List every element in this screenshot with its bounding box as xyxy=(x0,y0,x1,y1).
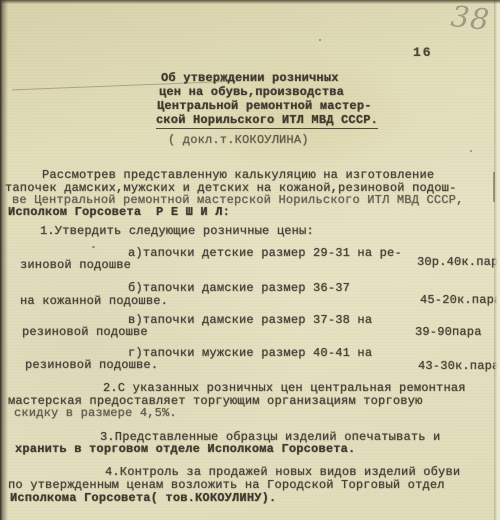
title-line-3: Центральной ремонтной мастер- xyxy=(157,100,372,113)
price-item-a-line-2: зиновой подошве xyxy=(20,259,131,272)
price-item-v-line-1: в)тапочки дамские размер 37-38 на xyxy=(128,314,372,327)
price-item-b-line-2: на кожанной подошве. xyxy=(20,295,168,308)
price-item-b-price: 45-20к.пара xyxy=(420,294,500,307)
price-item-v-price: 39-90пара xyxy=(415,326,482,339)
price-item-g-line-1: г)тапочки мужские размер 40-41 на xyxy=(128,347,372,360)
preamble-line-4: Исполком Горсовета Р Е Ш И Л: xyxy=(8,206,230,219)
paper-speck xyxy=(319,39,321,41)
right-edge-mark xyxy=(493,172,495,202)
folio-number-handwritten: 38 xyxy=(450,1,492,35)
resolution-point-2-line-3: скидку в размере 4,5%. xyxy=(14,407,177,420)
resolution-point-3-line-2: хранить в торговом отделе Исполкома Горс… xyxy=(15,443,355,456)
price-item-a-price: 30р.40к.пара xyxy=(417,256,500,269)
price-item-v-line-2: резиновой подошве xyxy=(22,326,148,339)
paper-speck xyxy=(470,150,472,152)
title-line-1: Об утверждении розничных xyxy=(161,72,339,85)
title-line-4: ской Норильского ИТЛ МВД СССР. xyxy=(156,114,378,129)
resolution-point-1: 1.Утвердить следующие розничные цены: xyxy=(40,225,314,238)
price-item-g-price: 43-30к.пара xyxy=(418,360,499,373)
title-line-2: цен на обувь,производства xyxy=(159,86,344,99)
page-number: 16 xyxy=(413,45,433,60)
paper-speck xyxy=(92,246,95,248)
page-right-edge xyxy=(494,0,500,520)
price-item-a-line-1: а)тапочки детские размер 29-31 на ре- xyxy=(128,247,402,260)
docket-line: ( докл.т.КОКОУЛИНА) xyxy=(168,134,309,147)
price-item-g-line-2: резиновой подошве. xyxy=(25,359,158,372)
resolution-point-4-line-3: Исполкома Горсовета( тов.КОКОУЛИНУ). xyxy=(10,492,276,505)
scanned-document-page: 38 16 Об утверждении розничных цен на об… xyxy=(0,0,500,520)
